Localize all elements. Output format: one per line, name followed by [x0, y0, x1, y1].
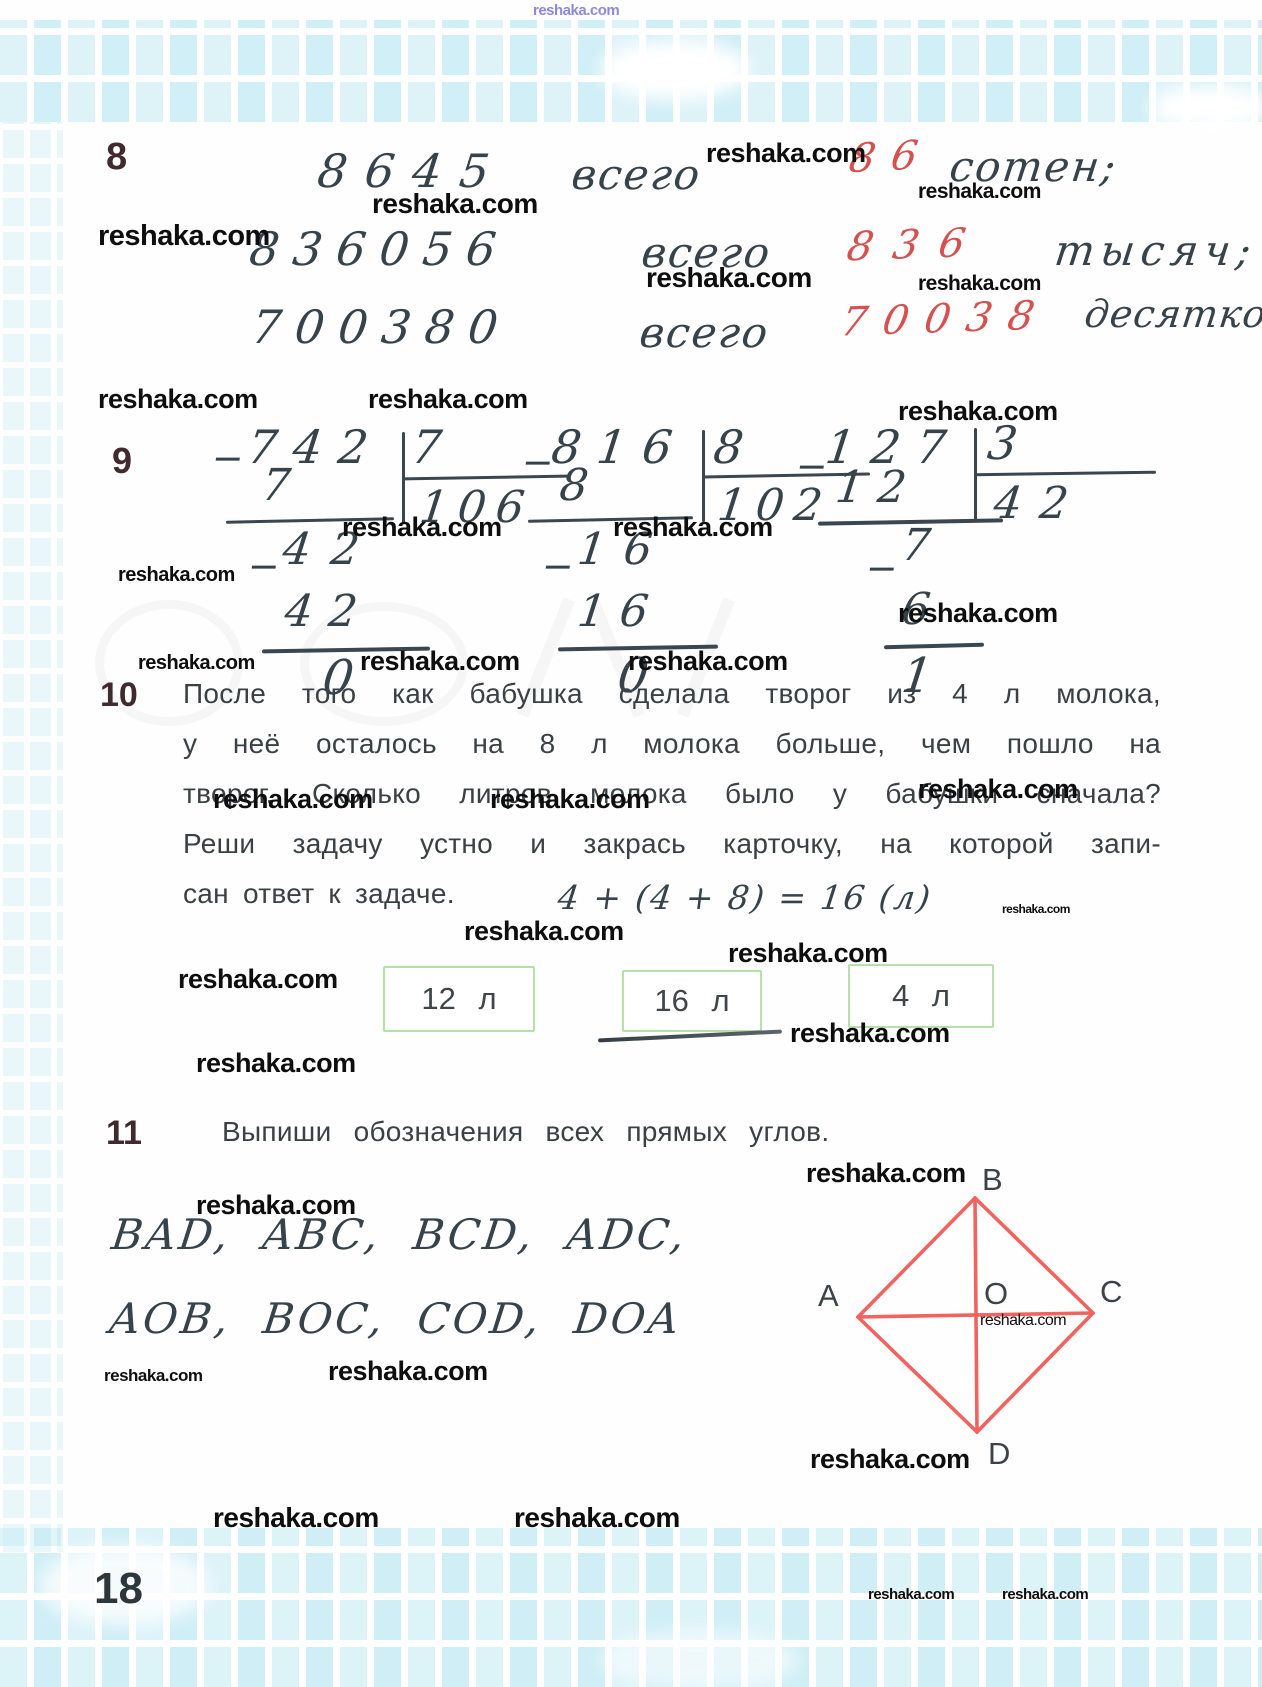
side-DA [858, 1317, 977, 1432]
div1-divisor: 7 [409, 420, 445, 474]
vertex-label-D: D [988, 1436, 1010, 1472]
ex8-row3-answer: 70038 [837, 292, 1054, 345]
answer-card-16: 16 л [622, 970, 762, 1032]
watermark: reshaka.com [118, 564, 235, 587]
watermark: reshaka.com [790, 1018, 950, 1049]
watermark: reshaka.com [810, 1444, 970, 1475]
ex8-row3-given: 700380 [249, 300, 515, 354]
mosaic-gap [600, 1630, 800, 1687]
exercise9-number: 9 [112, 440, 132, 482]
watermark: reshaka.com [138, 652, 255, 675]
watermark: reshaka.com [213, 1502, 379, 1534]
div3-bring: 7 [899, 520, 933, 571]
answer-card-16-label: 16 л [654, 983, 729, 1019]
watermark: reshaka.com [178, 964, 338, 995]
mosaic-gap [600, 40, 750, 100]
div2-sub2: 16 [575, 586, 665, 637]
watermark: reshaka.com [613, 512, 773, 543]
div3-quotient: 42 [991, 478, 1089, 529]
ex8-row2-unit: тысяч; [1052, 226, 1260, 275]
watermark: reshaka.com [628, 646, 788, 677]
workbook-page: 8 8645 всего 86 сотен; 836056 всего 836 … [0, 0, 1262, 1687]
watermark: reshaka.com [898, 396, 1058, 427]
watermark: reshaka.com [806, 1158, 966, 1189]
center-label-O: O [984, 1276, 1008, 1312]
watermark: reshaka.com [868, 1586, 954, 1603]
vertex-label-C: C [1100, 1274, 1122, 1310]
watermark: reshaka.com [1002, 1586, 1088, 1603]
page-number: 18 [94, 1564, 143, 1614]
exercise8-number: 8 [106, 136, 127, 179]
div1-minus2: − [245, 544, 282, 588]
vertex-label-B: B [982, 1162, 1003, 1198]
watermark: reshaka.com [490, 784, 650, 815]
watermark: reshaka.com [328, 1356, 488, 1387]
ex8-row2-answer: 836 [843, 220, 988, 271]
watermark: reshaka.com [360, 646, 520, 677]
watermark: reshaka.com [1002, 902, 1070, 916]
watermark: reshaka.com [980, 1312, 1066, 1330]
ex11-title: Выпиши обозначения всех прямых углов. [222, 1116, 829, 1148]
ex10-handwritten-solution: 4 + (4 + 8) = 16 (л) [556, 878, 935, 917]
watermark: reshaka.com [898, 598, 1058, 629]
side-CD [977, 1313, 1093, 1432]
div1-sub1: 7 [259, 460, 293, 511]
watermark: reshaka.com [918, 774, 1078, 805]
watermark: reshaka.com [918, 180, 1041, 204]
answer-card-4-label: 4 л [892, 978, 950, 1014]
div1-sub2: 42 [282, 586, 376, 637]
ex10-text-line2: у неё осталось на 8 л молока больше, чем… [183, 728, 1161, 760]
watermark: reshaka.com [533, 2, 619, 19]
watermark: reshaka.com [728, 938, 888, 969]
watermark: reshaka.com [196, 1048, 356, 1079]
div1-minus1: − [209, 436, 246, 480]
ex8-row1-word: всего [569, 150, 704, 199]
watermark: reshaka.com [368, 384, 528, 415]
answer-card-12-label: 12 л [421, 981, 496, 1017]
watermark: reshaka.com [706, 138, 866, 169]
vertex-label-A: A [818, 1278, 839, 1314]
watermark: reshaka.com [213, 784, 373, 815]
div2-sub1: 8 [557, 460, 591, 511]
div3-sub1: 12 [833, 462, 923, 513]
div3-minus2: − [863, 546, 900, 590]
div2-divisor: 8 [711, 420, 747, 474]
div3-quotient-bar [974, 471, 1156, 477]
watermark: reshaka.com [372, 188, 538, 220]
side-AB [858, 1198, 975, 1317]
watermark: reshaka.com [98, 220, 270, 253]
watermark: reshaka.com [98, 384, 258, 415]
watermark: reshaka.com [918, 272, 1041, 296]
watermark: reshaka.com [196, 1190, 356, 1221]
watermark: reshaka.com [646, 262, 812, 294]
ex11-answer-line2: AOB, BOC, COD, DOA [107, 1294, 685, 1343]
mosaic-border-left [3, 122, 63, 1552]
exercise11-number: 11 [106, 1114, 142, 1153]
ex8-row3-unit: десятков. [1082, 292, 1262, 336]
watermark: reshaka.com [342, 512, 502, 543]
ex8-row2-given: 836056 [247, 222, 513, 276]
ex10-text-line4: Реши задачу устно и закрась карточку, на… [183, 828, 1161, 860]
ex8-row3-word: всего [637, 308, 772, 357]
ex10-text-line5: сан ответ к задаче. [183, 878, 455, 910]
exercise10-number: 10 [100, 676, 138, 715]
div2-minus2: − [539, 544, 576, 588]
watermark: reshaka.com [514, 1502, 680, 1534]
watermark: reshaka.com [104, 1366, 202, 1386]
answer-card-12: 12 л [383, 966, 535, 1032]
diagonal-BD [975, 1198, 977, 1432]
mosaic-gap [1150, 85, 1262, 130]
watermark: reshaka.com [464, 916, 624, 947]
